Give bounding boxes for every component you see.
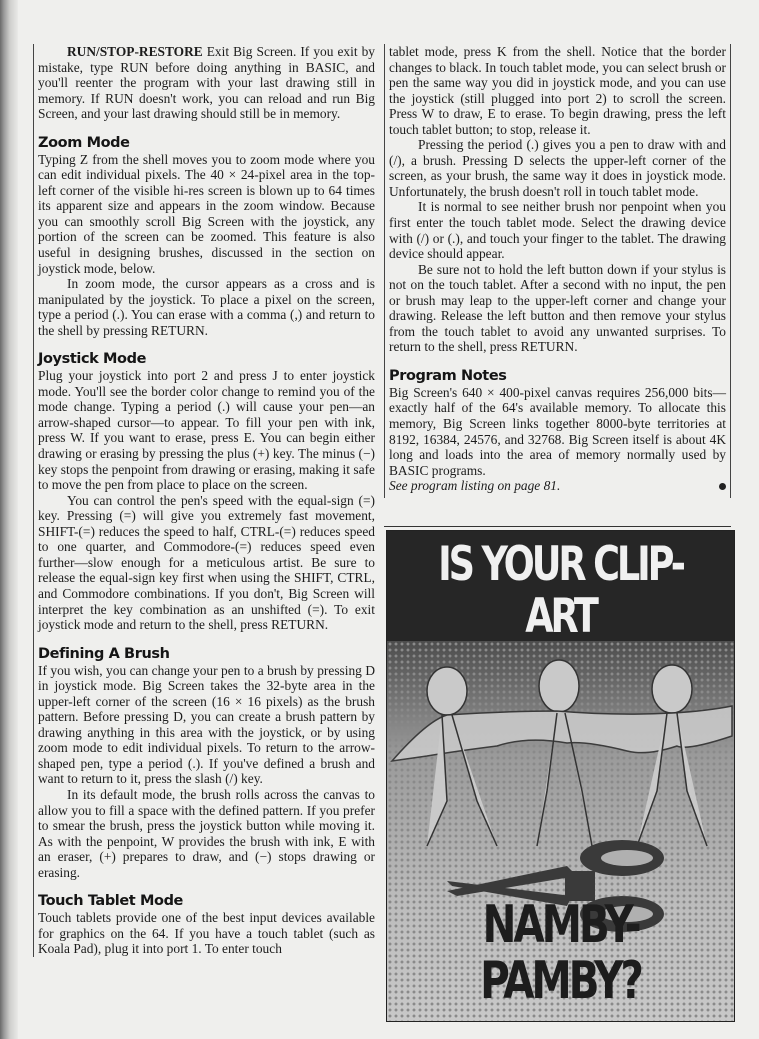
program-notes-paragraph: Big Screen's 640 × 400-pixel canvas requ… — [389, 385, 726, 478]
ad-headline-bottom: NAMBY-PAMBY? — [425, 897, 696, 1009]
paper-doll-chain-icon — [387, 651, 734, 851]
defining-brush-paragraph: If you wish, you can change your pen to … — [38, 663, 375, 787]
joystick-mode-paragraph: You can control the pen's speed with the… — [38, 493, 375, 633]
book-spine-shadow — [0, 0, 18, 1039]
program-listing-reference: See program listing on page 81. — [389, 478, 560, 493]
touch-tablet-heading: Touch Tablet Mode — [38, 893, 375, 909]
right-column: tablet mode, press K from the shell. Not… — [384, 44, 731, 498]
joystick-mode-paragraph: Plug your joystick into port 2 and press… — [38, 368, 375, 492]
zoom-mode-heading: Zoom Mode — [38, 135, 375, 151]
zoom-mode-paragraph: In zoom mode, the cursor appears as a cr… — [38, 276, 375, 338]
touch-tablet-paragraph: tablet mode, press K from the shell. Not… — [389, 44, 726, 137]
zoom-mode-paragraph: Typing Z from the shell moves you to zoo… — [38, 152, 375, 276]
left-column: RUN/STOP-RESTORE Exit Big Screen. If you… — [33, 44, 375, 957]
touch-tablet-paragraph: Pressing the period (.) gives you a pen … — [389, 137, 726, 199]
touch-tablet-paragraph: Touch tablets provide one of the best in… — [38, 910, 375, 957]
intro-paragraph: RUN/STOP-RESTORE Exit Big Screen. If you… — [38, 44, 375, 122]
touch-tablet-paragraph: Be sure not to hold the left button down… — [389, 262, 726, 355]
defining-brush-paragraph: In its default mode, the brush rolls acr… — [38, 787, 375, 880]
end-of-article-bullet-icon — [719, 483, 726, 490]
column-divider — [384, 526, 731, 527]
ad-headline-top: IS YOUR CLIP-ART — [425, 539, 696, 643]
joystick-mode-heading: Joystick Mode — [38, 351, 375, 367]
program-notes-heading: Program Notes — [389, 368, 726, 384]
touch-tablet-paragraph: It is normal to see neither brush nor pe… — [389, 199, 726, 261]
run-stop-restore-key: RUN/STOP-RESTORE — [67, 44, 203, 59]
defining-brush-heading: Defining A Brush — [38, 646, 375, 662]
clip-art-advertisement: IS YOUR CLIP-ART NAMBY-PAMBY? — [386, 530, 735, 1022]
